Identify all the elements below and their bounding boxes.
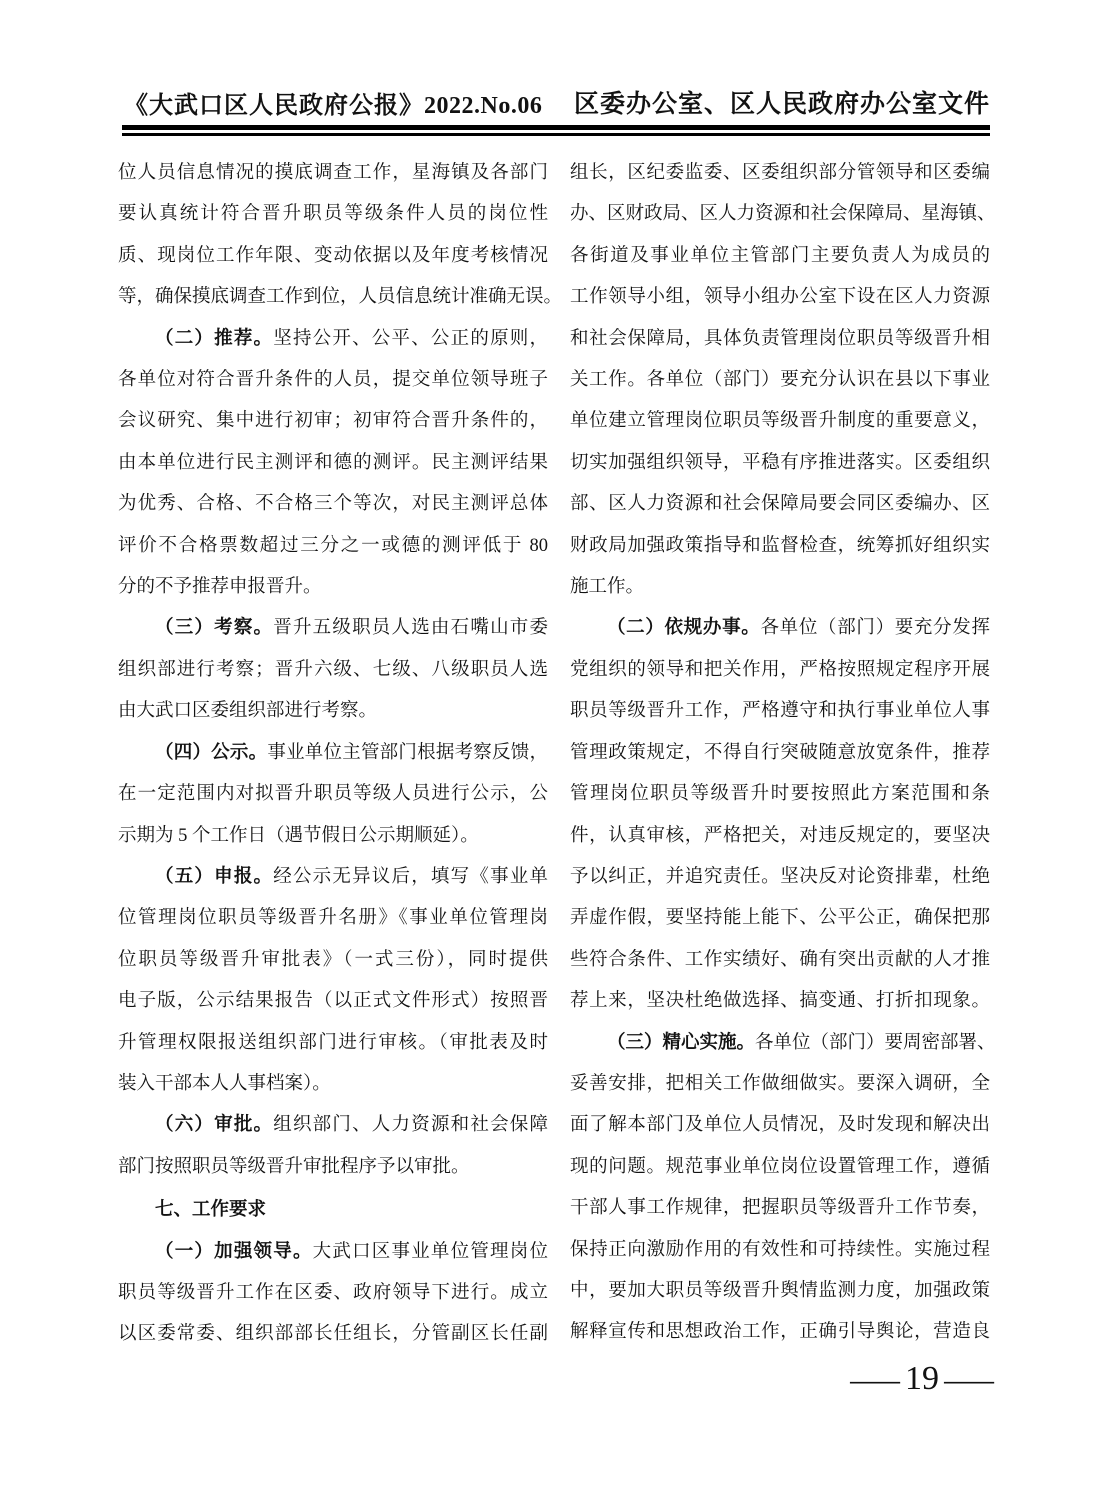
- text-line: 部、区人力资源和社会保障局要会同区委编办、区: [570, 484, 990, 525]
- text-line-text: 由本单位进行民主测评和德的测评。民主测评结果: [118, 453, 548, 473]
- text-line-text: 施工作。: [570, 577, 644, 597]
- text-line-text: 分的不予推荐申报晋升。: [118, 577, 322, 597]
- text-line-text: 示期为 5 个工作日（遇节假日公示期顺延）。: [118, 826, 479, 846]
- text-line-text: 在一定范围内对拟晋升职员等级人员进行公示，公: [118, 784, 548, 804]
- text-line: 切实加强组织领导，平稳有序推进落实。区委组织: [570, 443, 990, 484]
- paragraph-lead: （四）公示。: [155, 743, 267, 763]
- header-rule-thin: [122, 133, 990, 136]
- text-line: 装入干部本人人事档案）。: [118, 1064, 548, 1105]
- text-line-text: 升管理权限报送组织部门进行审核。（审批表及时: [118, 1033, 548, 1053]
- text-line: 部门按照职员等级晋升审批程序予以审批。: [118, 1147, 548, 1188]
- text-line-text: 荐上来，坚决杜绝做选择、搞变通、打折扣现象。: [570, 991, 990, 1011]
- text-line: 工作领导小组，领导小组办公室下设在区人力资源: [570, 277, 990, 318]
- text-line-text: 评价不合格票数超过三分之一或德的测评低于 80: [118, 536, 548, 556]
- text-line: 施工作。: [570, 567, 990, 608]
- text-line: 质、现岗位工作年限、变动依据以及年度考核情况: [118, 236, 548, 277]
- text-line: 面了解本部门及单位人员情况，及时发现和解决出: [570, 1105, 990, 1146]
- text-line-text: 部、区人力资源和社会保障局要会同区委编办、区: [570, 494, 990, 514]
- text-line-text: 会议研究、集中进行初审；初审符合晋升条件的，: [118, 411, 548, 431]
- text-line: （二）推荐。坚持公开、公平、公正的原则，: [118, 319, 548, 360]
- text-line: 中，要加大职员等级晋升舆情监测力度，加强政策: [570, 1271, 990, 1312]
- text-line-text: 和社会保障局，具体负责管理岗位职员等级晋升相: [570, 329, 990, 349]
- paragraph-lead: （六）审批。: [155, 1115, 273, 1135]
- header-double-rule: [122, 125, 990, 136]
- gazette-issue-number: 2022.No.06: [424, 93, 542, 119]
- gazette-document-page: 《大武口区人民政府公报》2022.No.06 区委办公室、区人民政府办公室文件 …: [0, 0, 1105, 1489]
- text-line-text: 组织部门、人力资源和社会保障: [273, 1115, 548, 1135]
- text-line-text: 组长，区纪委监委、区委组织部分管领导和区委编: [570, 163, 990, 183]
- text-line: 会议研究、集中进行初审；初审符合晋升条件的，: [118, 401, 548, 442]
- text-line-text: 坚持公开、公平、公正的原则，: [273, 329, 548, 349]
- paragraph-lead: （五）申报。: [155, 867, 273, 887]
- text-column-right: 组长，区纪委监委、区委组织部分管领导和区委编办、区财政局、区人力资源和社会保障局…: [570, 153, 990, 1354]
- text-line: 等，确保摸底调查工作到位，人员信息统计准确无误。: [118, 277, 548, 318]
- text-line: 升管理权限报送组织部门进行审核。（审批表及时: [118, 1023, 548, 1064]
- page-number-dash-left: —: [850, 1363, 900, 1395]
- text-line: 妥善安排，把相关工作做细做实。要深入调研，全: [570, 1064, 990, 1105]
- text-line: （六）审批。组织部门、人力资源和社会保障: [118, 1105, 548, 1146]
- text-line-text: 装入干部本人人事档案）。: [118, 1074, 331, 1094]
- text-line: 党组织的领导和把关作用，严格按照规定程序开展: [570, 650, 990, 691]
- text-line: 弄虚作假，要坚持能上能下、公平公正，确保把那: [570, 898, 990, 939]
- header-rule-thick: [122, 125, 990, 130]
- section-heading: 七、工作要求: [118, 1188, 548, 1231]
- text-line-text: 晋升五级职员人选由石嘴山市委: [273, 618, 548, 638]
- text-line: 由大武口区委组织部进行考察。: [118, 691, 548, 732]
- text-line-text: 由大武口区委组织部进行考察。: [118, 701, 377, 721]
- text-line-text: 以区委常委、组织部部长任组长，分管副区长任副: [118, 1324, 548, 1344]
- text-line-text: 保持正向激励作用的有效性和可持续性。实施过程: [570, 1240, 990, 1260]
- text-line-text: 要认真统计符合晋升职员等级条件人员的岗位性: [118, 204, 548, 224]
- text-line: 干部人事工作规律，把握职员等级晋升工作节奏，: [570, 1188, 990, 1229]
- text-line-text: 位人员信息情况的摸底调查工作，星海镇及各部门: [118, 163, 548, 183]
- text-line-text: 财政局加强政策指导和监督检查，统筹抓好组织实: [570, 536, 990, 556]
- text-line: 以区委常委、组织部部长任组长，分管副区长任副: [118, 1314, 548, 1355]
- text-line-text: 各单位（部门）要充分发挥: [760, 618, 990, 638]
- text-line-text: 办、区财政局、区人力资源和社会保障局、星海镇、: [570, 204, 996, 224]
- paragraph-lead: （三）精心实施。: [607, 1033, 755, 1053]
- text-line-text: 事业单位主管部门根据考察反馈，: [267, 743, 548, 763]
- text-line-text: 电子版，公示结果报告（以正式文件形式）按照晋: [118, 991, 548, 1011]
- gazette-title: 《大武口区人民政府公报》2022.No.06: [124, 85, 542, 120]
- text-line-text: 工作领导小组，领导小组办公室下设在区人力资源: [570, 287, 990, 307]
- text-line: 件，认真审核，严格把关，对违反规定的，要坚决: [570, 816, 990, 857]
- text-line: 要认真统计符合晋升职员等级条件人员的岗位性: [118, 194, 548, 235]
- text-line: 保持正向激励作用的有效性和可持续性。实施过程: [570, 1230, 990, 1271]
- text-line: （四）公示。事业单位主管部门根据考察反馈，: [118, 733, 548, 774]
- text-line-text: 些符合条件、工作实绩好、确有突出贡献的人才推: [570, 950, 990, 970]
- text-line: 职员等级晋升工作，严格遵守和执行事业单位人事: [570, 691, 990, 732]
- paragraph-lead: （二）依规办事。: [607, 618, 760, 638]
- text-line: 组织部进行考察；晋升六级、七级、八级职员人选: [118, 650, 548, 691]
- text-line: （一）加强领导。大武口区事业单位管理岗位: [118, 1232, 548, 1273]
- text-line: 分的不予推荐申报晋升。: [118, 567, 548, 608]
- text-line-text: 经公示无异议后，填写《事业单: [273, 867, 548, 887]
- text-line-text: 予以纠正，并追究责任。坚决反对论资排辈，杜绝: [570, 867, 990, 887]
- text-line: 解释宣传和思想政治工作，正确引导舆论，营造良: [570, 1312, 990, 1353]
- text-line: 关工作。各单位（部门）要充分认识在县以下事业: [570, 360, 990, 401]
- text-line-text: 部门按照职员等级晋升审批程序予以审批。: [118, 1157, 470, 1177]
- text-line-text: 妥善安排，把相关工作做细做实。要深入调研，全: [570, 1074, 990, 1094]
- text-line: 由本单位进行民主测评和德的测评。民主测评结果: [118, 443, 548, 484]
- text-line-text: 大武口区事业单位管理岗位: [313, 1242, 548, 1262]
- page-number-dash-right: —: [944, 1363, 994, 1395]
- text-line: 管理岗位职员等级晋升时要按照此方案范围和条: [570, 774, 990, 815]
- text-line-text: 质、现岗位工作年限、变动依据以及年度考核情况: [118, 246, 548, 266]
- text-line: 和社会保障局，具体负责管理岗位职员等级晋升相: [570, 319, 990, 360]
- paragraph-lead: （三）考察。: [155, 618, 273, 638]
- text-line-text: 各街道及事业单位主管部门主要负责人为成员的: [570, 246, 990, 266]
- text-line-text: 位职员等级晋升审批表》（一式三份），同时提供: [118, 950, 548, 970]
- text-line: （五）申报。经公示无异议后，填写《事业单: [118, 857, 548, 898]
- text-line-text: 件，认真审核，严格把关，对违反规定的，要坚决: [570, 826, 990, 846]
- text-line: 现的问题。规范事业单位岗位设置管理工作，遵循: [570, 1147, 990, 1188]
- paragraph-lead: （二）推荐。: [155, 329, 273, 349]
- text-line-text: 职员等级晋升工作，严格遵守和执行事业单位人事: [570, 701, 990, 721]
- text-line: 组长，区纪委监委、区委组织部分管领导和区委编: [570, 153, 990, 194]
- text-line: 位管理岗位职员等级晋升名册》《事业单位管理岗: [118, 898, 548, 939]
- text-line: 各街道及事业单位主管部门主要负责人为成员的: [570, 236, 990, 277]
- text-line-text: 管理政策规定，不得自行突破随意放宽条件，推荐: [570, 743, 990, 763]
- text-line: 财政局加强政策指导和监督检查，统筹抓好组织实: [570, 526, 990, 567]
- text-line-text: 解释宣传和思想政治工作，正确引导舆论，营造良: [570, 1322, 990, 1342]
- text-line-text: 位管理岗位职员等级晋升名册》《事业单位管理岗: [118, 908, 548, 928]
- text-line: 办、区财政局、区人力资源和社会保障局、星海镇、: [570, 194, 990, 235]
- text-line-text: 关工作。各单位（部门）要充分认识在县以下事业: [570, 370, 990, 390]
- text-line: （二）依规办事。各单位（部门）要充分发挥: [570, 608, 990, 649]
- text-line-text: 职员等级晋升工作在区委、政府领导下进行。成立: [118, 1283, 548, 1303]
- text-line-text: 等，确保摸底调查工作到位，人员信息统计准确无误。: [118, 287, 562, 307]
- text-line: 在一定范围内对拟晋升职员等级人员进行公示，公: [118, 774, 548, 815]
- text-line-text: 切实加强组织领导，平稳有序推进落实。区委组织: [570, 453, 990, 473]
- document-category-label: 区委办公室、区人民政府办公室文件: [574, 84, 990, 120]
- page-number: 19: [905, 1360, 939, 1398]
- text-line: 为优秀、合格、不合格三个等次，对民主测评总体: [118, 484, 548, 525]
- text-line: 位职员等级晋升审批表》（一式三份），同时提供: [118, 940, 548, 981]
- text-line-text: 面了解本部门及单位人员情况，及时发现和解决出: [570, 1115, 990, 1135]
- text-line-text: 管理岗位职员等级晋升时要按照此方案范围和条: [570, 784, 990, 804]
- text-line-text: 中，要加大职员等级晋升舆情监测力度，加强政策: [570, 1281, 990, 1301]
- page-header: 《大武口区人民政府公报》2022.No.06 区委办公室、区人民政府办公室文件: [124, 84, 990, 120]
- text-line: 单位建立管理岗位职员等级晋升制度的重要意义，: [570, 401, 990, 442]
- text-line: 管理政策规定，不得自行突破随意放宽条件，推荐: [570, 733, 990, 774]
- text-line-text: 为优秀、合格、不合格三个等次，对民主测评总体: [118, 494, 548, 514]
- text-line-text: 各单位（部门）要周密部署、: [755, 1033, 996, 1053]
- text-column-left: 位人员信息情况的摸底调查工作，星海镇及各部门要认真统计符合晋升职员等级条件人员的…: [118, 153, 548, 1356]
- text-line: 职员等级晋升工作在区委、政府领导下进行。成立: [118, 1273, 548, 1314]
- text-line-text: 现的问题。规范事业单位岗位设置管理工作，遵循: [570, 1157, 990, 1177]
- text-line: 予以纠正，并追究责任。坚决反对论资排辈，杜绝: [570, 857, 990, 898]
- section-heading-text: 七、工作要求: [155, 1198, 266, 1219]
- text-line: 电子版，公示结果报告（以正式文件形式）按照晋: [118, 981, 548, 1022]
- text-line: 位人员信息情况的摸底调查工作，星海镇及各部门: [118, 153, 548, 194]
- text-line: 些符合条件、工作实绩好、确有突出贡献的人才推: [570, 940, 990, 981]
- gazette-title-text: 《大武口区人民政府公报》: [124, 93, 424, 119]
- paragraph-lead: （一）加强领导。: [155, 1242, 313, 1262]
- page-footer: — 19 —: [859, 1360, 985, 1398]
- text-line-text: 党组织的领导和把关作用，严格按照规定程序开展: [570, 660, 990, 680]
- text-line-text: 各单位对符合晋升条件的人员，提交单位领导班子: [118, 370, 548, 390]
- text-line: 各单位对符合晋升条件的人员，提交单位领导班子: [118, 360, 548, 401]
- text-line-text: 组织部进行考察；晋升六级、七级、八级职员人选: [118, 660, 548, 680]
- text-line-text: 单位建立管理岗位职员等级晋升制度的重要意义，: [570, 411, 990, 431]
- text-line: （三）考察。晋升五级职员人选由石嘴山市委: [118, 608, 548, 649]
- text-line-text: 干部人事工作规律，把握职员等级晋升工作节奏，: [570, 1198, 990, 1218]
- text-line: 荐上来，坚决杜绝做选择、搞变通、打折扣现象。: [570, 981, 990, 1022]
- text-line-text: 弄虚作假，要坚持能上能下、公平公正，确保把那: [570, 908, 990, 928]
- text-line: 示期为 5 个工作日（遇节假日公示期顺延）。: [118, 816, 548, 857]
- text-line: 评价不合格票数超过三分之一或德的测评低于 80: [118, 526, 548, 567]
- text-line: （三）精心实施。各单位（部门）要周密部署、: [570, 1023, 990, 1064]
